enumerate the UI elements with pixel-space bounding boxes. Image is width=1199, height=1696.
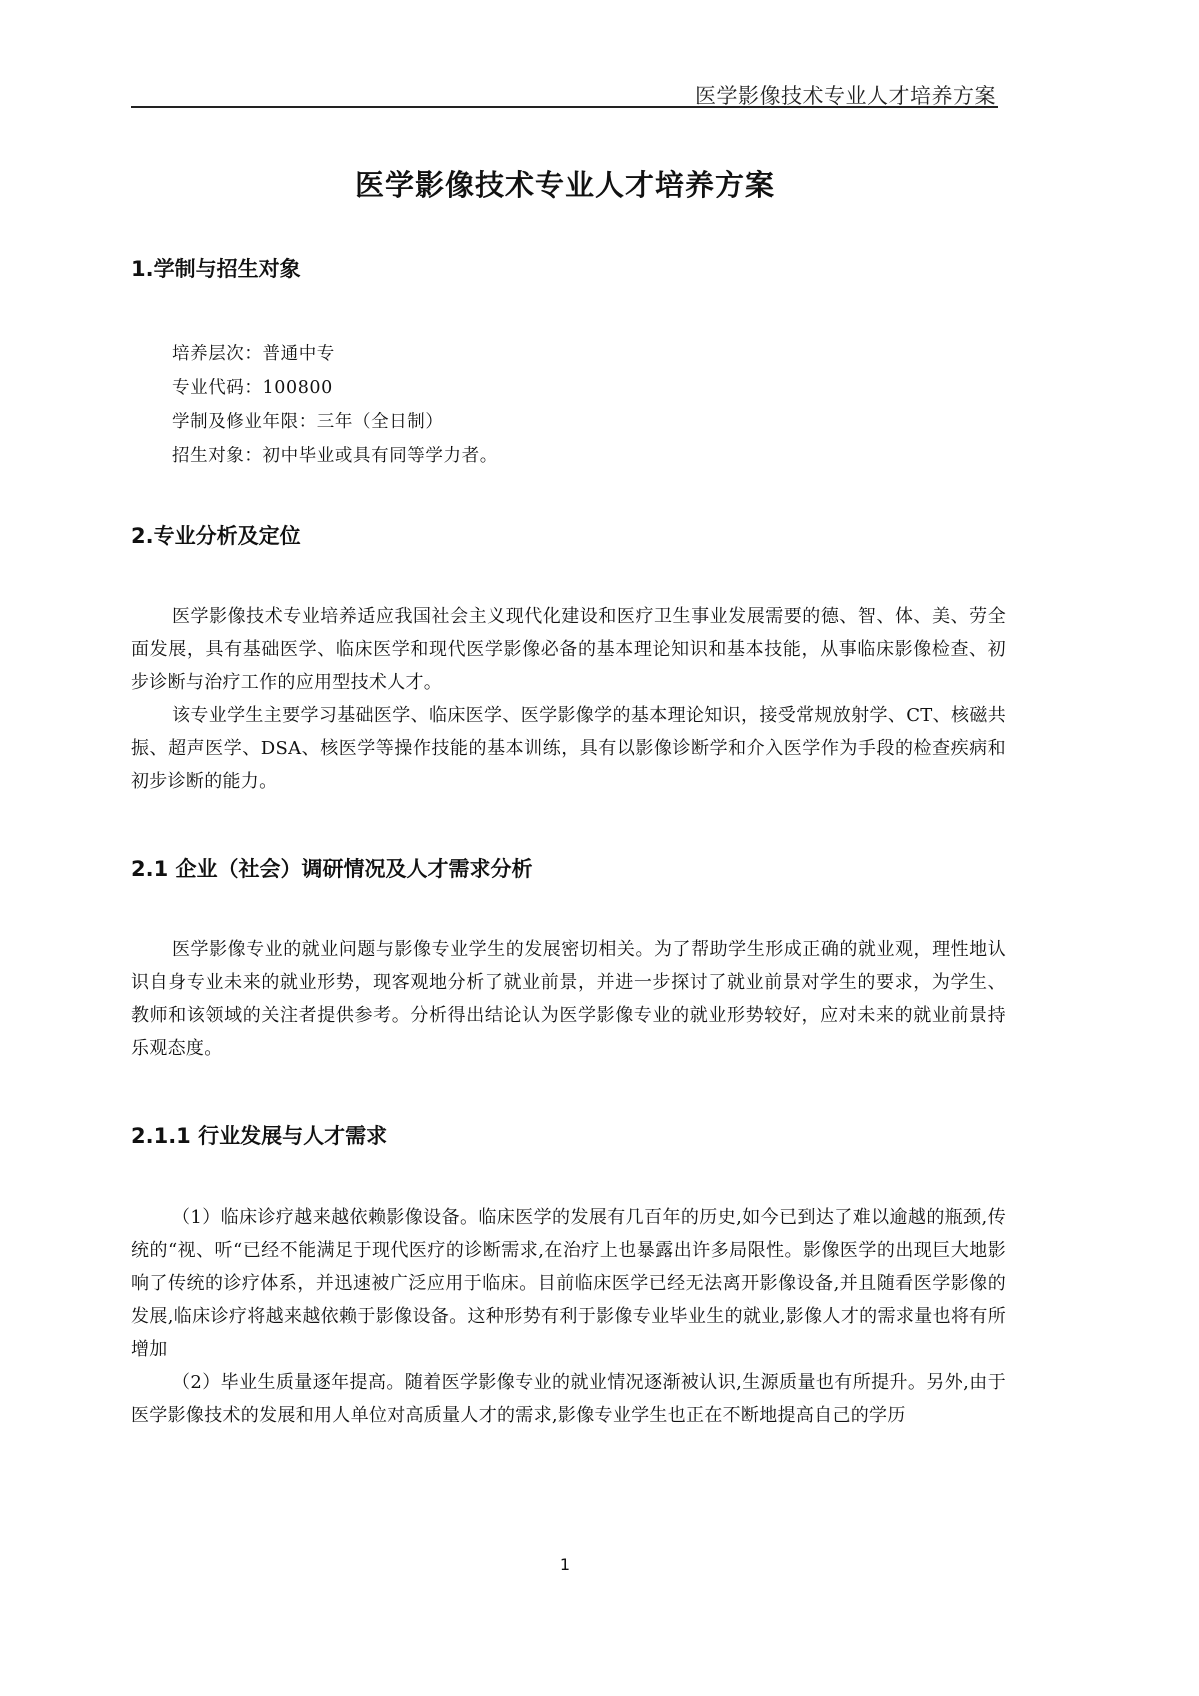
info-line-level: 培养层次：普通中专 — [172, 340, 335, 365]
document-title: 医学影像技术专业人才培养方案 — [0, 163, 1130, 204]
page-number: 1 — [0, 1555, 1130, 1574]
info-line-duration: 学制及修业年限：三年（全日制） — [172, 408, 444, 433]
section-heading-1: 1.学制与招生对象 — [131, 253, 301, 283]
paragraph: 该专业学生主要学习基础医学、临床医学、医学影像学的基本理论知识，接受常规放射学、… — [131, 699, 1006, 798]
paragraph: （1）临床诊疗越来越依赖影像设备。临床医学的发展有几百年的历史,如今已到达了难以… — [131, 1201, 1006, 1366]
paragraph: 医学影像专业的就业问题与影像专业学生的发展密切相关。为了帮助学生形成正确的就业观… — [131, 933, 1006, 1065]
header-divider — [131, 106, 998, 108]
section-heading-2-1-1: 2.1.1 行业发展与人才需求 — [131, 1120, 387, 1150]
info-line-enrollment: 招生对象：初中毕业或具有同等学力者。 — [172, 442, 498, 467]
section-heading-2-1: 2.1 企业（社会）调研情况及人才需求分析 — [131, 853, 533, 883]
paragraph: （2）毕业生质量逐年提高。随着医学影像专业的就业情况逐渐被认识,生源质量也有所提… — [131, 1366, 1006, 1432]
section-heading-2: 2.专业分析及定位 — [131, 520, 301, 550]
paragraph: 医学影像技术专业培养适应我国社会主义现代化建设和医疗卫生事业发展需要的德、智、体… — [131, 600, 1006, 699]
info-line-code: 专业代码：100800 — [172, 374, 333, 399]
